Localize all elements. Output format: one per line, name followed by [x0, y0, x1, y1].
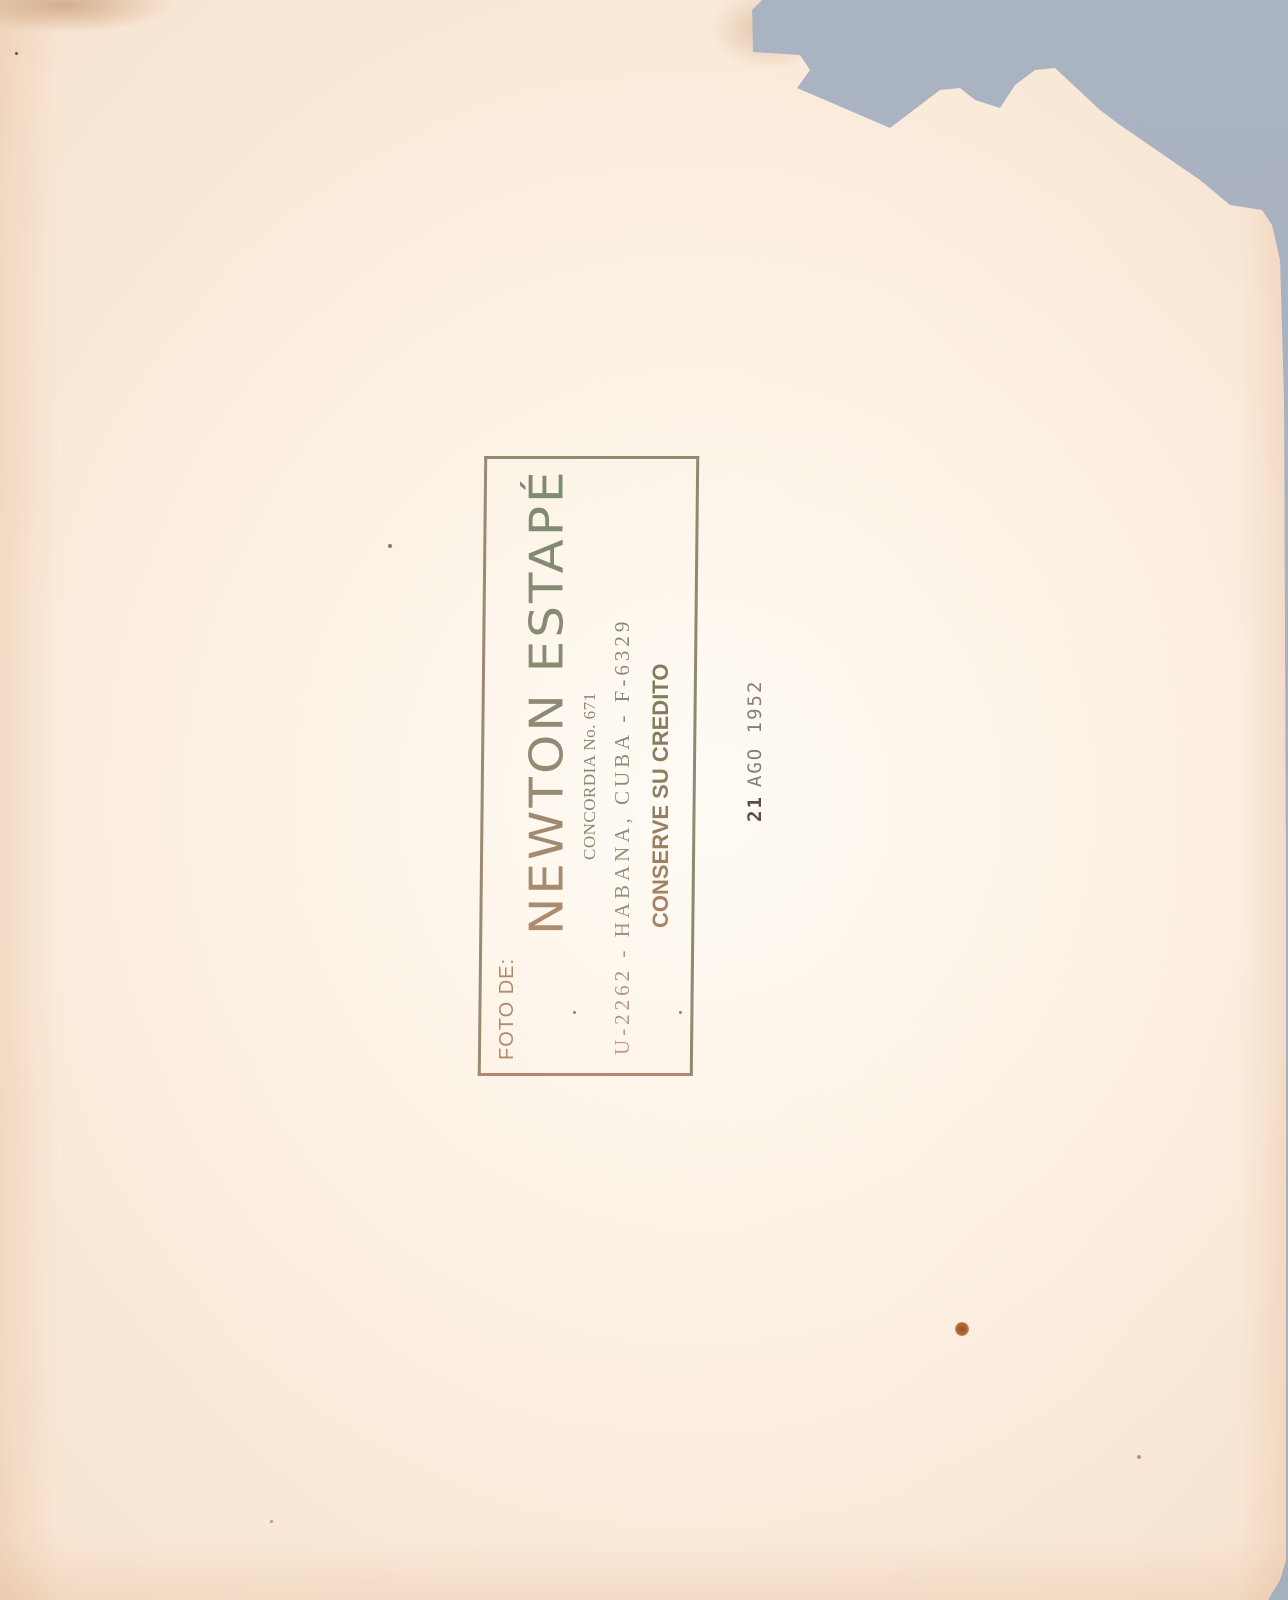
date-stamp: 21AGO 1952: [744, 680, 766, 822]
stamp-label: FOTO DE:: [496, 958, 519, 1060]
speck: [15, 52, 18, 55]
speck: [1137, 1455, 1141, 1459]
ink-spot: [955, 1322, 969, 1336]
credit-notice: CONSERVE SU CREDITO: [648, 664, 674, 928]
date-day: 21: [744, 795, 766, 822]
studio-phones-city: U-2262 - HABANA, CUBA - F-6329: [610, 618, 635, 1055]
date-month-year: AGO 1952: [744, 680, 766, 788]
speck: [388, 544, 392, 548]
studio-address: CONCORDIA No. 671: [580, 692, 600, 860]
studio-name: NEWTON ESTAPÉ: [520, 468, 573, 935]
speck: [270, 1520, 273, 1523]
